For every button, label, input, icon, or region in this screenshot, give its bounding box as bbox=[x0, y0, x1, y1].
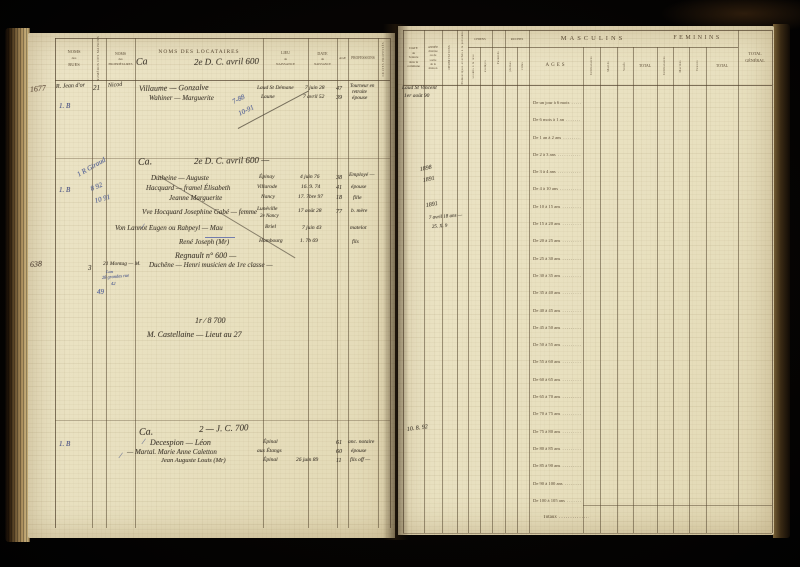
handwriting-line: 7 avril 18 ans — bbox=[429, 213, 463, 221]
handwriting-line: 1er août 90 bbox=[404, 94, 429, 100]
handwriting-line: Laud St Vincent bbox=[402, 86, 437, 92]
handwriting-line: 25. X. 9 bbox=[432, 224, 448, 230]
pen-stroke bbox=[205, 237, 235, 238]
right-page-handwriting: Laud St Vincent1er août 901898189118917 … bbox=[0, 0, 800, 567]
handwriting-line: 1891 bbox=[425, 201, 438, 209]
handwriting-line: 1898 bbox=[419, 165, 432, 173]
handwriting-line: 10. 8. 92 bbox=[407, 424, 429, 433]
handwriting-line: 1891 bbox=[422, 176, 435, 184]
register-scan: NOMSdesRUES NUMÉROS DES MAISONS NOMSdesP… bbox=[0, 0, 800, 567]
